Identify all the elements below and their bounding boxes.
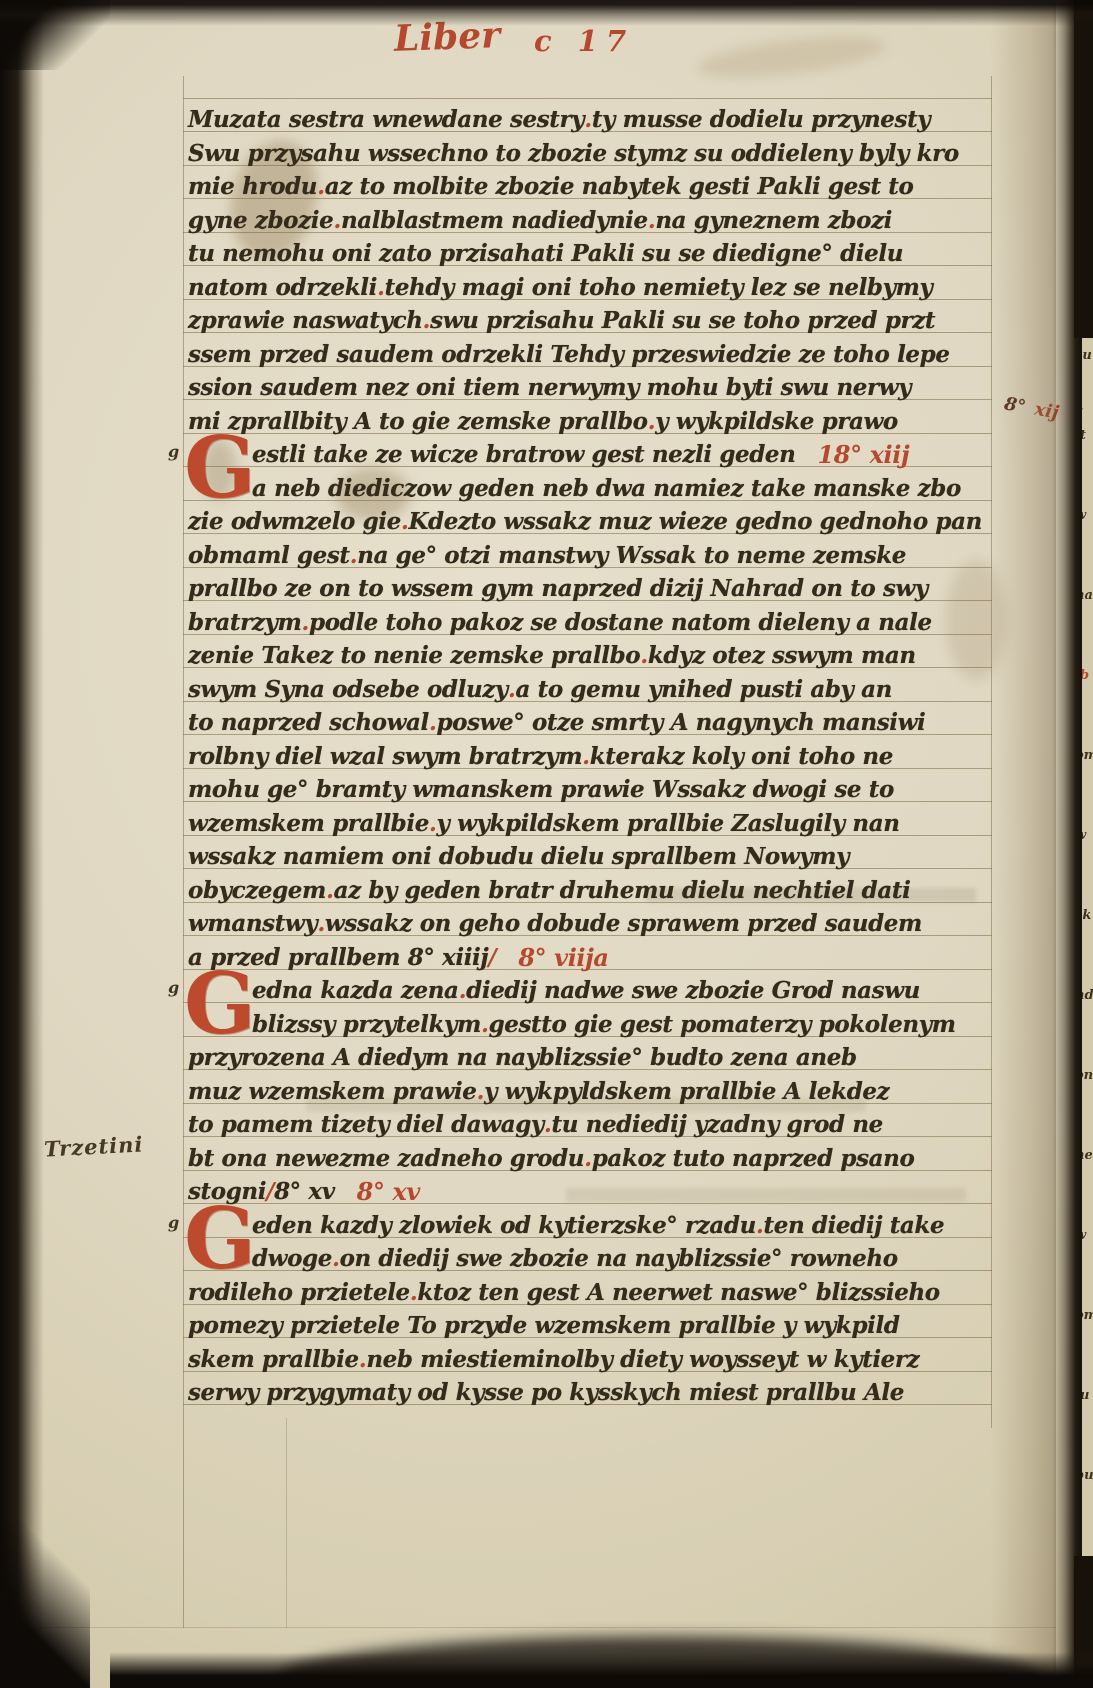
- text-line: wzemskem prallbie. y wykpildskem prallbi…: [188, 807, 1000, 841]
- next-folio-red-initial-fragment: [1076, 408, 1093, 518]
- text-line: gyne zbozie. nalblastmem nadiedynie. na …: [188, 204, 1000, 238]
- rubric-stroke: .: [317, 910, 325, 937]
- next-folio-text-fragment: lt: [1075, 428, 1086, 443]
- rubric-stroke: .: [423, 307, 431, 334]
- manuscript-photo: Liber c 17 Muzata sestra wnewdane sestry…: [0, 0, 1093, 1688]
- rubric-stroke: .: [326, 877, 334, 904]
- rubric-stroke: .: [648, 408, 656, 435]
- rubric-stroke: .: [640, 642, 648, 669]
- rubric-stroke: .: [481, 1011, 489, 1038]
- text-line: bratrzym. podle toho pakoz se dostane na…: [188, 606, 1000, 640]
- rubric-stroke: .: [582, 743, 590, 770]
- next-folio-text-fragment: bu: [1075, 1468, 1093, 1483]
- text-line: natom odrzekli. tehdy magi oni toho nemi…: [188, 271, 1000, 305]
- rubric-stroke: .: [584, 106, 592, 133]
- next-folio-text-fragment: on: [1075, 1068, 1093, 1083]
- text-line: Muzata sestra wnewdane sestry. ty musse …: [188, 103, 1000, 137]
- next-folio-text-fragment: w: [1075, 828, 1086, 843]
- text-line: obmaml gest. na ge° otzi manstwy Wssak t…: [188, 539, 1000, 573]
- rubric-stroke: .: [756, 1212, 764, 1239]
- text-line: to naprzed schowal. poswe° otze smrty A …: [188, 706, 1000, 740]
- text-line: eden kazdy zlowiek od kytierzske° rzadu.…: [188, 1209, 1064, 1243]
- text-line: tu nemohu oni zato przisahati Pakli su s…: [188, 237, 1000, 271]
- rubric-stroke: .: [648, 207, 656, 234]
- text-block: Muzata sestra wnewdane sestry. ty musse …: [0, 0, 1093, 1688]
- text-line: zenie Takez to nenie zemske prallbo. kdy…: [188, 639, 1000, 673]
- text-line: ssem przed saudem odrzekli Tehdy przeswi…: [188, 338, 1000, 372]
- text-line: muz wzemskem prawie. y wykpyldskem prall…: [188, 1075, 1000, 1109]
- rubric-stroke: .: [429, 709, 437, 736]
- text-line: a przed prallbem 8° xiiij /8° viija: [188, 941, 1000, 975]
- text-line: rolbny diel wzal swym bratrzym. kterakz …: [188, 740, 1000, 774]
- next-folio-text-fragment: ne: [1075, 1148, 1093, 1163]
- text-line: mohu ge° bramty wmanskem prawie Wssakz d…: [188, 773, 1000, 807]
- guide-letter: g: [168, 1213, 182, 1232]
- text-line: serwy przygymaty od kysse po kysskych mi…: [188, 1376, 1000, 1410]
- text-line: Swu przysahu wssechno to zbozie stymz su…: [188, 137, 1000, 171]
- text-line: edna kazda zena. diedij nadwe swe zbozie…: [188, 974, 1064, 1008]
- next-folio-text-fragment: om: [1075, 748, 1093, 763]
- text-line: przyrozena A diedym na nayblizssie° budt…: [188, 1041, 1000, 1075]
- next-folio-text-fragment: su: [1075, 348, 1092, 363]
- rubric-stroke: .: [410, 1279, 418, 1306]
- text-line: mi zprallbity A to gie zemske prallbo. y…: [188, 405, 1000, 439]
- text-line: bt ona newezme zadneho grodu. pakoz tuto…: [188, 1142, 1000, 1176]
- left-margin-gloss: Trzetini: [43, 1131, 144, 1161]
- guide-letter: g: [168, 442, 182, 461]
- rubric-stroke: .: [477, 1078, 485, 1105]
- text-line: prallbo ze on to wssem gym naprzed dizij…: [188, 572, 1000, 606]
- text-line: ssion saudem nez oni tiem nerwymy mohu b…: [188, 371, 1000, 405]
- guide-letter: g: [168, 978, 182, 997]
- chapter-ref-black: 8°: [1003, 393, 1028, 417]
- next-folio-text-fragment: na: [1075, 588, 1093, 603]
- text-line: wmanstwy. wssakz on geho dobude sprawem …: [188, 907, 1000, 941]
- rubric-stroke: /: [266, 1178, 274, 1205]
- text-line: blizssy przytelkym. gestto gie gest poma…: [188, 1008, 1064, 1042]
- next-folio-text-fragment: lu: [1075, 1388, 1089, 1403]
- rubric-stroke: .: [584, 1145, 592, 1172]
- rubric-stroke: .: [332, 1245, 340, 1272]
- rubric-stroke: .: [544, 1111, 552, 1138]
- rubric-stroke: .: [401, 508, 409, 535]
- rubric-stroke: .: [333, 207, 341, 234]
- text-line: swym Syna odsebe odluzy. a to gemu ynihe…: [188, 673, 1000, 707]
- next-folio-text-fragment: sk: [1075, 908, 1091, 923]
- next-folio-text-fragment: lb: [1075, 668, 1089, 683]
- chapter-rubric: 18° xiij: [817, 440, 909, 469]
- next-folio-text-fragment: om: [1075, 1308, 1093, 1323]
- rubric-stroke: .: [377, 274, 385, 301]
- text-line: stogni / 8° xv8° xv: [188, 1175, 1000, 1209]
- rubric-stroke: .: [301, 609, 309, 636]
- text-line: wssakz namiem oni dobudu dielu sprallbem…: [188, 840, 1000, 874]
- text-line: pomezy przietele To przyde wzemskem pral…: [188, 1309, 1000, 1343]
- text-line: zprawie naswatych. swu przisahu Pakli su…: [188, 304, 1000, 338]
- text-line: estli take ze wicze bratrow gest nezli g…: [188, 438, 1064, 472]
- text-line: obyczegem. az by geden bratr druhemu die…: [188, 874, 1000, 908]
- next-folio-edge: sultwnalbomwskndonnewomlubu: [1074, 0, 1093, 1688]
- chapter-rubric: 8° xv: [357, 1177, 420, 1206]
- text-line: dwoge. on diedij swe zbozie na nayblizss…: [188, 1242, 1064, 1276]
- rubric-stroke: .: [429, 810, 437, 837]
- next-folio-text-fragment: nd: [1075, 988, 1093, 1003]
- rubric-stroke: .: [317, 173, 325, 200]
- text-line: to pamem tizety diel dawagy. tu nediedij…: [188, 1108, 1000, 1142]
- rubric-stroke: /: [488, 944, 496, 971]
- next-folio-text-fragment: w: [1075, 1228, 1086, 1243]
- rubric-stroke: .: [459, 977, 467, 1004]
- text-line: zie odwmzelo gie. Kdezto wssakz muz wiez…: [188, 505, 1000, 539]
- chapter-ref-red: xij: [1033, 399, 1060, 424]
- rubric-stroke: .: [359, 1346, 367, 1373]
- rubric-stroke: .: [508, 676, 516, 703]
- rubric-stroke: .: [350, 542, 358, 569]
- text-line: rodileho przietele. ktoz ten gest A neer…: [188, 1276, 1000, 1310]
- text-line: mie hrodu. az to molbite zbozie nabytek …: [188, 170, 1000, 204]
- text-line: skem prallbie. neb miestieminolby diety …: [188, 1343, 1000, 1377]
- text-line: a neb diediczow geden neb dwa namiez tak…: [188, 472, 1064, 506]
- chapter-rubric: 8° viija: [518, 943, 608, 972]
- next-folio-text-fragment: w: [1075, 508, 1086, 523]
